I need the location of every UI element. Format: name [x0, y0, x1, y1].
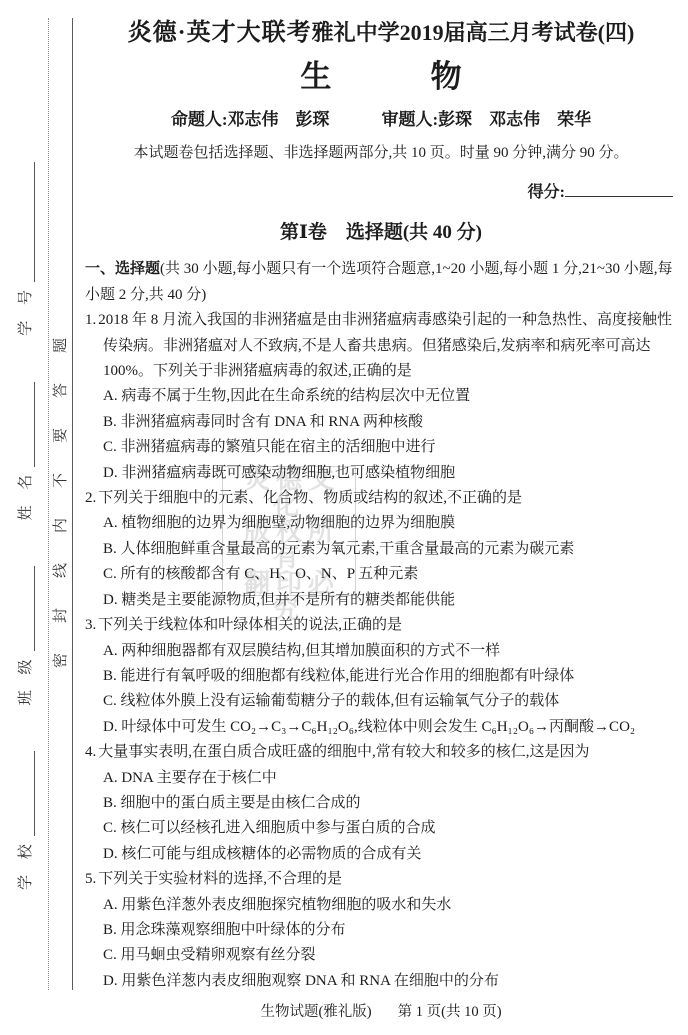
sidebar-field-blank-line	[17, 382, 35, 467]
question-option: A. 病毒不属于生物,因此在生命系统的结构层次中无位置	[85, 384, 677, 409]
questions: 1.2018 年 8 月流入我国的非洲猪瘟是由非洲猪瘟病毒感染引起的一种急热性、…	[85, 308, 677, 994]
question-options: A. DNA 主要存在于核仁中 B. 细胞中的蛋白质主要是由核仁合成的C. 核仁…	[85, 766, 677, 868]
score-blank-line	[565, 180, 673, 197]
page-footer: 生物试题(雅礼版)第 1 页(共 10 页)	[85, 1000, 677, 1021]
sidebar-field: 班 级	[14, 566, 35, 705]
sidebar-field-label: 姓 名	[14, 469, 35, 521]
question-stem: 1.2018 年 8 月流入我国的非洲猪瘟是由非洲猪瘟病毒感染引起的一种急热性、…	[85, 308, 677, 384]
paper-note: 本试题卷包括选择题、非选择题两部分,共 10 页。时量 90 分钟,满分 90 …	[85, 142, 677, 164]
question-option: C. 核仁可以经核孔进入细胞质中参与蛋白质的合成	[85, 816, 677, 841]
question-options: A. 植物细胞的边界为细胞壁,动物细胞的边界为细胞膜 B. 人体细胞鲜重含量最高…	[85, 511, 677, 613]
footer-page-number: 第 1 页(共 10 页)	[398, 1004, 502, 1020]
question-options: A. 两种细胞器都有双层膜结构,但其增加膜面积的方式不一样 B. 能进行有氧呼吸…	[85, 639, 677, 741]
sidebar-field: 学 校	[14, 751, 35, 890]
question-option: B. 能进行有氧呼吸的细胞都有线粒体,能进行光合作用的细胞都有叶绿体	[85, 664, 677, 689]
setters-label: 命题人:邓志伟 彭琛	[171, 110, 330, 129]
page-title: 炎德·英才大联考雅礼中学2019届高三月考试卷(四)	[85, 0, 677, 48]
question-option: D. 非洲猪瘟病毒既可感染动物细胞,也可感染植物细胞	[85, 461, 677, 486]
question-option: B. 用念珠藻观察细胞中叶绿体的分布	[85, 918, 677, 943]
sidebar-field: 学 号	[14, 162, 35, 336]
question-number: 3.	[85, 617, 98, 633]
sidebar-field-blank-line	[17, 566, 35, 651]
question-stem: 3.下列关于线粒体和叶绿体相关的说法,正确的是	[85, 613, 677, 638]
question: 1.2018 年 8 月流入我国的非洲猪瘟是由非洲猪瘟病毒感染引起的一种急热性、…	[85, 308, 677, 486]
question-stem-text: 下列关于细胞中的元素、化合物、物质或结构的叙述,不正确的是	[98, 490, 522, 506]
question-option: C. 非洲猪瘟病毒的繁殖只能在宿主的活细胞中进行	[85, 435, 677, 460]
sidebar-field: 姓 名	[14, 382, 35, 521]
reviewers-label: 审题人:彭琛 邓志伟 荣华	[382, 110, 592, 129]
authors-row: 命题人:邓志伟 彭琛审题人:彭琛 邓志伟 荣华	[85, 108, 677, 132]
question-stem: 2.下列关于细胞中的元素、化合物、物质或结构的叙述,不正确的是	[85, 486, 677, 511]
question-number: 2.	[85, 490, 98, 506]
question-option: C. 用马蛔虫受精卵观察有丝分裂	[85, 943, 677, 968]
question-option: C. 所有的核酸都含有 C、H、O、N、P 五种元素	[85, 562, 677, 587]
question-number: 4.	[85, 744, 98, 760]
question-option: C. 线粒体外膜上没有运输葡萄糖分子的载体,但有运输氧气分子的载体	[85, 689, 677, 714]
question-stem: 5.下列关于实验材料的选择,不合理的是	[85, 867, 677, 892]
subject-title: 生物	[85, 57, 677, 97]
question-options: A. 病毒不属于生物,因此在生命系统的结构层次中无位置 B. 非洲猪瘟病毒同时含…	[85, 384, 677, 486]
sidebar-field-blank-line	[17, 751, 35, 836]
exam-page: 学 校 班 级 姓 名 学 号 密封线内不要答题 炎德文化 版权所有 翻印必究 …	[0, 0, 688, 1035]
question-number: 5.	[85, 871, 98, 887]
question-stem-text: 下列关于线粒体和叶绿体相关的说法,正确的是	[98, 617, 402, 633]
question-option: D. 糖类是主要能源物质,但并不是所有的糖类都能供能	[85, 588, 677, 613]
instruction-lead: 一、选择题	[85, 261, 160, 277]
question-option: D. 核仁可能与组成核糖体的必需物质的合成有关	[85, 842, 677, 867]
score-label: 得分:	[528, 184, 565, 201]
brand-name: 炎德·英才大联考	[128, 20, 312, 46]
seal-solid-line	[72, 18, 73, 990]
main-column: 炎德·英才大联考雅礼中学2019届高三月考试卷(四) 生物 命题人:邓志伟 彭琛…	[85, 0, 677, 994]
question: 5.下列关于实验材料的选择,不合理的是 A. 用紫色洋葱外表皮细胞探究植物细胞的…	[85, 867, 677, 994]
section-title: 第Ⅰ卷 选择题(共 40 分)	[85, 219, 677, 247]
question-option: B. 细胞中的蛋白质主要是由核仁合成的	[85, 791, 677, 816]
question-stem-text: 2018 年 8 月流入我国的非洲猪瘟是由非洲猪瘟病毒感染引起的一种急热性、高度…	[98, 312, 672, 379]
question-option: A. 两种细胞器都有双层膜结构,但其增加膜面积的方式不一样	[85, 639, 677, 664]
score-row: 得分:	[85, 180, 677, 205]
footer-paper-name: 生物试题(雅礼版)	[260, 1004, 371, 1020]
instruction-body: (共 30 小题,每小题只有一个选项符合题意,1~20 小题,每小题 1 分,2…	[85, 261, 673, 302]
sidebar-field-label: 班 级	[14, 653, 35, 705]
question: 4.大量事实表明,在蛋白质合成旺盛的细胞中,常有较大和较多的核仁,这是因为 A.…	[85, 740, 677, 867]
seal-warning-text: 密封线内不要答题	[49, 288, 70, 668]
question-options: A. 用紫色洋葱外表皮细胞探究植物细胞的吸水和失水 B. 用念珠藻观察细胞中叶绿…	[85, 893, 677, 995]
sidebar-student-fields: 学 校 班 级 姓 名 学 号	[13, 95, 35, 890]
instructions: 一、选择题(共 30 小题,每小题只有一个选项符合题意,1~20 小题,每小题 …	[85, 257, 677, 308]
sidebar-field-label: 学 号	[14, 284, 35, 336]
question-stem: 4.大量事实表明,在蛋白质合成旺盛的细胞中,常有较大和较多的核仁,这是因为	[85, 740, 677, 765]
exam-title: 雅礼中学2019届高三月考试卷(四)	[312, 20, 635, 45]
question-option: B. 非洲猪瘟病毒同时含有 DNA 和 RNA 两种核酸	[85, 410, 677, 435]
sidebar-field-blank-line	[17, 162, 35, 282]
question: 3.下列关于线粒体和叶绿体相关的说法,正确的是 A. 两种细胞器都有双层膜结构,…	[85, 613, 677, 740]
question-option: A. 植物细胞的边界为细胞壁,动物细胞的边界为细胞膜	[85, 511, 677, 536]
question: 2.下列关于细胞中的元素、化合物、物质或结构的叙述,不正确的是 A. 植物细胞的…	[85, 486, 677, 613]
question-option: B. 人体细胞鲜重含量最高的元素为氧元素,干重含量最高的元素为碳元素	[85, 537, 677, 562]
question-number: 1.	[85, 312, 98, 328]
question-stem-text: 大量事实表明,在蛋白质合成旺盛的细胞中,常有较大和较多的核仁,这是因为	[98, 744, 589, 760]
sidebar-field-label: 学 校	[14, 838, 35, 890]
question-option: D. 叶绿体中可发生 CO₂→C₃→C₆H₁₂O₆,线粒体中则会发生 C₆H₁₂…	[85, 715, 677, 740]
question-option: A. DNA 主要存在于核仁中	[85, 766, 677, 791]
question-option: D. 用紫色洋葱内表皮细胞观察 DNA 和 RNA 在细胞中的分布	[85, 969, 677, 994]
question-option: A. 用紫色洋葱外表皮细胞探究植物细胞的吸水和失水	[85, 893, 677, 918]
question-stem-text: 下列关于实验材料的选择,不合理的是	[98, 871, 342, 887]
